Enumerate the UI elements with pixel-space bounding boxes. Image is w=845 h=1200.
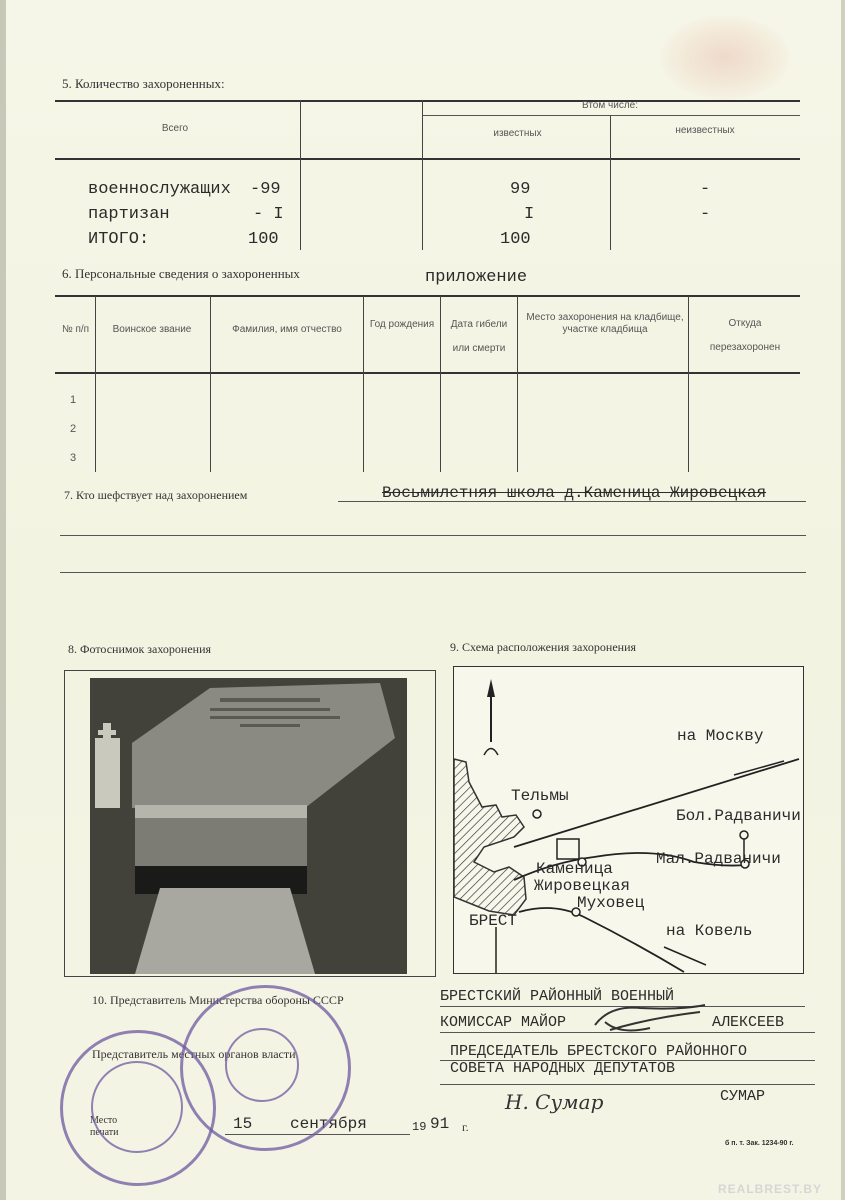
col-name: Фамилия, имя отчество [222, 318, 352, 342]
label-mukhovec: Муховец [577, 894, 644, 912]
section7-title: 7. Кто шефствует над захоронением [64, 488, 247, 503]
patron-value: Восьмилетняя школа д.Каменица Жировецкая [382, 484, 766, 502]
local-rep-name: СУМАР [720, 1088, 765, 1105]
local-rep-line1: ПРЕДСЕДАТЕЛЬ БРЕСТСКОГО РАЙОННОГО [450, 1043, 747, 1060]
col-number: № п/п [58, 318, 93, 342]
section5-title: 5. Количество захороненных: [62, 76, 225, 92]
watermark: REALBREST.BY [718, 1182, 822, 1196]
section8-title: 8. Фотоснимок захоронения [68, 642, 211, 657]
col-birth-year: Год рождения [365, 313, 439, 337]
row-unknown: - [700, 180, 710, 199]
label-telmy: Тельмы [511, 787, 569, 805]
label-brest: БРЕСТ [469, 912, 517, 930]
local-rep-line2: СОВЕТА НАРОДНЫХ ДЕПУТАТОВ [450, 1060, 675, 1077]
row-total: 100 [248, 230, 279, 249]
row-number: 3 [70, 451, 76, 465]
section9-title: 9. Схема расположения захоронения [450, 640, 636, 655]
date-year-suffix: 91 [430, 1115, 449, 1133]
signature-alekseev [590, 1000, 710, 1030]
header-total: Всего [100, 122, 250, 136]
section6-title: 6. Персональные сведения о захороненных [62, 266, 300, 282]
label-mal-radvanichi: Мал.Радваничи [656, 850, 781, 868]
header-known: известных [430, 127, 605, 141]
stamp-military-commissariat [180, 985, 351, 1151]
section6-note: приложение [425, 268, 527, 287]
row-label: партизан [88, 205, 170, 224]
paper-stain [660, 15, 790, 100]
col-death-date: Дата гибели или смерти [441, 313, 517, 361]
row-unknown: - [700, 205, 710, 224]
col-rank: Воинское звание [102, 318, 202, 342]
row-number: 1 [70, 393, 76, 407]
date-suffix: г. [462, 1120, 469, 1135]
col-reburied-from: Откуда перезахоронен [695, 312, 795, 360]
row-total: -99 [250, 180, 281, 199]
row-known: 100 [500, 230, 531, 249]
label-moscow: на Москву [677, 727, 763, 745]
label-bol-radvanichi: Бол.Радваничи [676, 807, 801, 825]
row-label: ИТОГО: [88, 230, 149, 249]
mod-rep-name: АЛЕКСЕЕВ [712, 1014, 784, 1031]
row-total: - I [253, 205, 284, 224]
page-edge [0, 0, 6, 1200]
col-burial-place: Место захоронения на кладбище, участке к… [525, 312, 685, 336]
label-zhiroveckaya: Жировецкая [534, 877, 630, 895]
header-including: Втом числе: [560, 99, 660, 113]
mod-rep-line2: КОМИССАР МАЙОР [440, 1014, 566, 1031]
label-kamenica: Каменица [536, 860, 613, 878]
row-label: военнослужащих [88, 180, 231, 199]
header-unknown: неизвестных [615, 124, 795, 138]
location-scheme: на Москву Тельмы Бол.Радваничи Мал.Радва… [453, 666, 804, 974]
print-code: б п. т. Зак. 1234-90 г. [725, 1140, 794, 1147]
memorial-photo [90, 678, 407, 974]
row-known: 99 [510, 180, 530, 199]
row-known: I [524, 205, 534, 224]
date-year-prefix: 19 [412, 1120, 426, 1134]
document-page: 5. Количество захороненных: Всего Втом ч… [0, 0, 845, 1200]
row-number: 2 [70, 422, 76, 436]
page-edge [841, 0, 845, 1200]
signature-sumar: Н. Сумар [505, 1090, 603, 1114]
label-kovel: на Ковель [666, 922, 752, 940]
